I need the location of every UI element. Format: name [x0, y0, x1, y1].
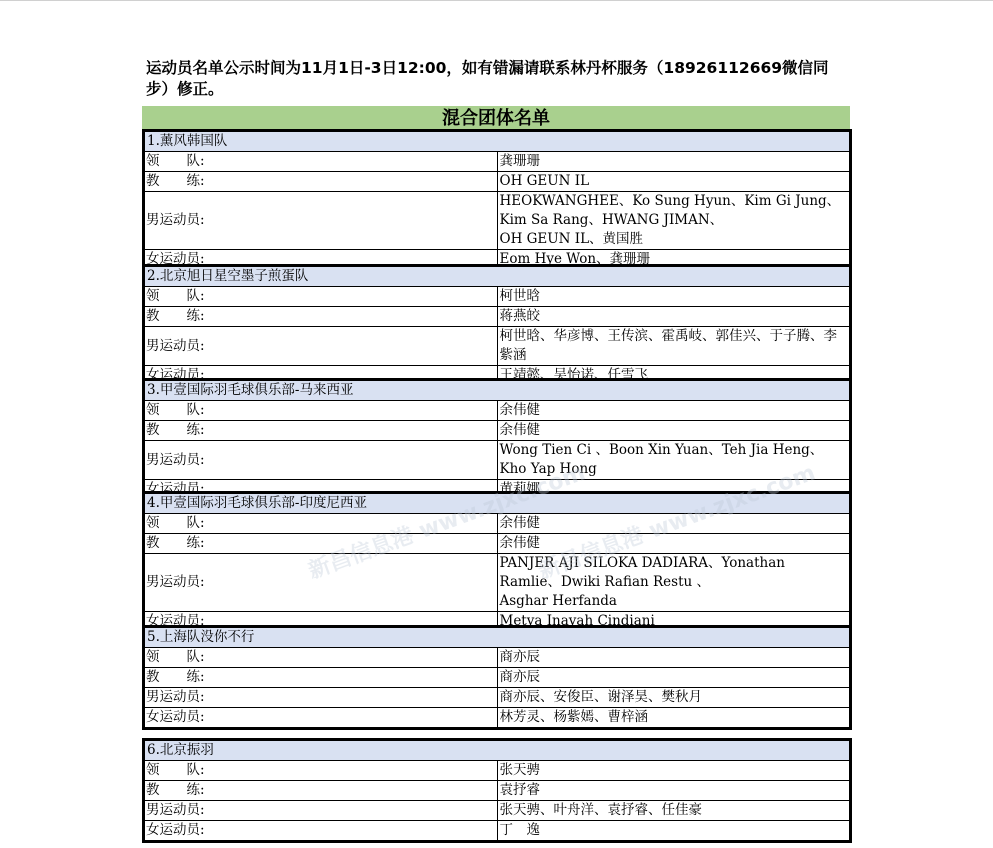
- coach-label: 教 练:: [145, 534, 498, 554]
- men-label: 男运动员:: [145, 327, 498, 366]
- team-name: 5.上海队没你不行: [145, 628, 850, 648]
- leader-value: 龚珊珊: [497, 152, 850, 172]
- leader-label: 领 队:: [145, 514, 498, 534]
- team-name: 3.甲壹国际羽毛球俱乐部-马来西亚: [145, 381, 850, 401]
- team-name: 2.北京旭日星空墨子煎蛋队: [145, 267, 850, 287]
- men-label: 男运动员:: [145, 688, 498, 708]
- coach-value: 袁抒睿: [497, 781, 850, 801]
- leader-label: 领 队:: [145, 761, 498, 781]
- leader-value: 余伟健: [497, 514, 850, 534]
- leader-value: 柯世晗: [497, 287, 850, 307]
- team-group-6: 6.北京振羽 领 队:张天骋 教 练:袁抒睿 男运动员:张天骋、叶舟洋、袁抒睿、…: [142, 738, 852, 843]
- leader-label: 领 队:: [145, 401, 498, 421]
- men-label: 男运动员:: [145, 192, 498, 250]
- team-name: 4.甲壹国际羽毛球俱乐部-印度尼西亚: [145, 494, 850, 514]
- leader-label: 领 队:: [145, 648, 498, 668]
- leader-value: 张天骋: [497, 761, 850, 781]
- leader-value: 余伟健: [497, 401, 850, 421]
- coach-value: 余伟健: [497, 534, 850, 554]
- men-label: 男运动员:: [145, 801, 498, 821]
- men-value: 商亦辰、安俊臣、谢泽昊、樊秋月: [497, 688, 850, 708]
- men-value: HEOKWANGHEE、Ko Sung Hyun、Kim Gi Jung、Kim…: [497, 192, 850, 250]
- team-group-3: 3.甲壹国际羽毛球俱乐部-马来西亚 领 队:余伟健 教 练:余伟健 男运动员:W…: [142, 378, 852, 502]
- leader-label: 领 队:: [145, 287, 498, 307]
- team-group-2: 2.北京旭日星空墨子煎蛋队 领 队:柯世晗 教 练:蒋燕皎 男运动员:柯世晗、华…: [142, 264, 852, 388]
- notice-text: 运动员名单公示时间为11月1日-3日12:00，如有错漏请联系林丹杯服务（189…: [146, 58, 846, 100]
- men-value: Wong Tien Ci 、Boon Xin Yuan、Teh Jia Heng…: [497, 441, 850, 480]
- page-title: 混合团体名单: [142, 106, 850, 129]
- leader-label: 领 队:: [145, 152, 498, 172]
- women-label: 女运动员:: [145, 708, 498, 728]
- leader-value: 商亦辰: [497, 648, 850, 668]
- coach-label: 教 练:: [145, 307, 498, 327]
- coach-label: 教 练:: [145, 172, 498, 192]
- coach-label: 教 练:: [145, 781, 498, 801]
- coach-label: 教 练:: [145, 668, 498, 688]
- team-name: 6.北京振羽: [145, 741, 850, 761]
- women-value: 丁 逸: [497, 821, 850, 841]
- team-group-5: 5.上海队没你不行 领 队:商亦辰 教 练:商亦辰 男运动员:商亦辰、安俊臣、谢…: [142, 625, 852, 730]
- women-label: 女运动员:: [145, 821, 498, 841]
- women-value: 林芳灵、杨紫嫣、曹梓涵: [497, 708, 850, 728]
- men-value: 张天骋、叶舟洋、袁抒睿、任佳豪: [497, 801, 850, 821]
- team-group-4: 4.甲壹国际羽毛球俱乐部-印度尼西亚 领 队:余伟健 教 练:余伟健 男运动员:…: [142, 491, 852, 634]
- coach-label: 教 练:: [145, 421, 498, 441]
- top-divider: [0, 0, 993, 1]
- men-label: 男运动员:: [145, 554, 498, 612]
- team-name: 1.薰风韩国队: [145, 132, 850, 152]
- coach-value: OH GEUN IL: [497, 172, 850, 192]
- coach-value: 蒋燕皎: [497, 307, 850, 327]
- coach-value: 余伟健: [497, 421, 850, 441]
- men-value: PANJER AJI SILOKA DADIARA、Yonathan Ramli…: [497, 554, 850, 612]
- men-label: 男运动员:: [145, 441, 498, 480]
- coach-value: 商亦辰: [497, 668, 850, 688]
- men-value: 柯世晗、华彦博、王传滨、霍禹岐、郭佳兴、于子腾、李紫涵: [497, 327, 850, 366]
- team-group-1: 1.薰风韩国队 领 队:龚珊珊 教 练:OH GEUN IL 男运动员:HEOK…: [142, 129, 852, 272]
